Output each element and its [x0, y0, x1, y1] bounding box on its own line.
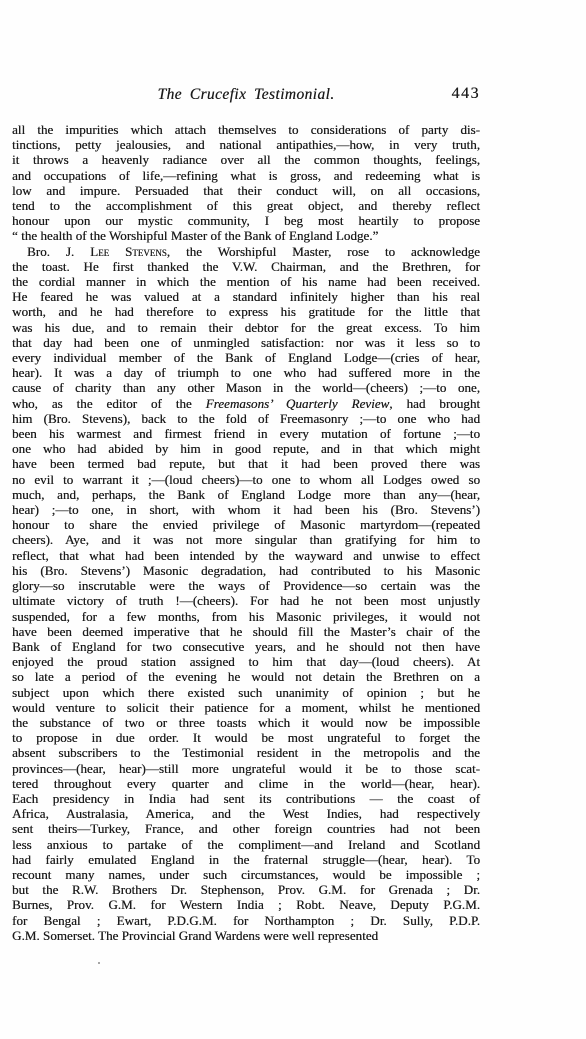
text-run: much, and, perhaps, the Bank of England …	[12, 487, 480, 502]
text-run: ultimate victory of truth !—(cheers). Fo…	[12, 593, 480, 608]
text-line: no evil to warrant it ;—(loud cheers)—to…	[12, 472, 480, 487]
text-run: honour to share the envied privilege of …	[12, 517, 480, 532]
text-line: was his due, and to remain their debtor …	[12, 320, 480, 335]
text-line: He feared he was valued at a standard in…	[12, 289, 480, 304]
text-run: so late a period of the evening he would…	[12, 669, 480, 684]
text-line: reflect, that what had been intended by …	[12, 548, 480, 563]
text-run-smallcaps: Lee Stevens	[90, 244, 167, 259]
text-line: honour upon our mystic community, I beg …	[12, 213, 480, 228]
text-run: glory—so inscrutable were the ways of Pr…	[12, 578, 480, 593]
text-run: , the Worshipful Master, rose to acknowl…	[167, 244, 480, 259]
text-run: hear) ;—to one, in short, with whom it h…	[12, 502, 480, 517]
text-line: so late a period of the evening he would…	[12, 669, 480, 684]
text-run: that day had been one of unmingled satis…	[12, 335, 480, 350]
text-run: would venture to solicit their patience …	[12, 700, 480, 715]
text-run: cause of charity than any other Mason in…	[12, 380, 480, 395]
text-run: low and impure. Persuaded that their con…	[12, 183, 480, 198]
text-line: would venture to solicit their patience …	[12, 700, 480, 715]
text-line: tend to the accomplishment of this great…	[12, 198, 480, 213]
text-run: who, as the editor of the	[12, 396, 206, 411]
text-line: Bank of England for two consecutive year…	[12, 639, 480, 654]
text-run: honour upon our mystic community, I beg …	[12, 213, 480, 228]
text-line: worth, and he had therefore to express h…	[12, 304, 480, 319]
text-line: “ the health of the Worshipful Master of…	[12, 228, 480, 243]
text-line: Bro. J. Lee Stevens, the Worshipful Mast…	[12, 244, 480, 259]
text-run: every individual member of the Bank of E…	[12, 350, 480, 365]
text-line: G.M. Somerset. The Provincial Grand Ward…	[12, 928, 480, 943]
text-run: absent subscribers to the Testimonial re…	[12, 745, 480, 760]
text-line: hear). It was a day of triumph to one wh…	[12, 365, 480, 380]
text-run: tinctions, petty jealousies, and nationa…	[12, 137, 480, 152]
text-line: subject upon which there existed such un…	[12, 685, 480, 700]
text-line: have been termed bad repute, but that it…	[12, 456, 480, 471]
text-run: hear). It was a day of triumph to one wh…	[12, 365, 480, 380]
text-line: him (Bro. Stevens), back to the fold of …	[12, 411, 480, 426]
text-line: tered throughout every quarter and clime…	[12, 776, 480, 791]
text-run: for Bengal ; Ewart, P.D.G.M. for Northam…	[12, 913, 480, 928]
text-line: enjoyed the proud station assigned to hi…	[12, 654, 480, 669]
text-run: the toast. He first thanked the V.W. Cha…	[12, 259, 480, 274]
text-run: less anxious to partake of the complimen…	[12, 837, 480, 852]
text-run: Each presidency in India had sent its co…	[12, 791, 480, 806]
running-head-title: The Crucefix Testimonial.	[12, 86, 480, 104]
text-line: Each presidency in India had sent its co…	[12, 791, 480, 806]
text-run: G.M. Somerset. The Provincial Grand Ward…	[12, 928, 378, 943]
text-line: absent subscribers to the Testimonial re…	[12, 745, 480, 760]
page-header: The Crucefix Testimonial. 443	[12, 86, 480, 108]
text-line: the cordial manner in which the mention …	[12, 274, 480, 289]
text-line: much, and, perhaps, the Bank of England …	[12, 487, 480, 502]
text-line: ultimate victory of truth !—(cheers). Fo…	[12, 593, 480, 608]
text-run: suspended, for a few months, from his Ma…	[12, 609, 480, 624]
text-run: the cordial manner in which the mention …	[12, 274, 480, 289]
text-line: Africa, Australasia, America, and the We…	[12, 806, 480, 821]
text-line: recount many names, under such circumsta…	[12, 867, 480, 882]
text-run: him (Bro. Stevens), back to the fold of …	[12, 411, 480, 426]
text-run: been his warmest and firmest friend in e…	[12, 426, 480, 441]
page-number: 443	[452, 85, 481, 103]
text-run: and occupations of life,—refining what i…	[12, 168, 480, 183]
text-line: the substance of two or three toasts whi…	[12, 715, 480, 730]
paragraph: all the impurities which attach themselv…	[12, 122, 480, 244]
text-run: provinces—(hear, hear)—still more ungrat…	[12, 761, 480, 776]
text-line: all the impurities which attach themselv…	[12, 122, 480, 137]
scan-speck-artifact	[98, 962, 100, 964]
text-run: Burnes, Prov. G.M. for Western India ; R…	[12, 897, 480, 912]
text-run: tered throughout every quarter and clime…	[12, 776, 480, 791]
text-line: the toast. He first thanked the V.W. Cha…	[12, 259, 480, 274]
text-run: cheers). Aye, and it was not more singul…	[12, 532, 480, 547]
text-run: it throws a heavenly radiance over all t…	[12, 152, 480, 167]
text-run: Bank of England for two consecutive year…	[12, 639, 480, 654]
text-line: tinctions, petty jealousies, and nationa…	[12, 137, 480, 152]
text-line: Burnes, Prov. G.M. for Western India ; R…	[12, 897, 480, 912]
text-line: to propose in due order. It would be mos…	[12, 730, 480, 745]
text-line: one who had abided by him in good repute…	[12, 441, 480, 456]
text-run-italic: Freemasons’ Quarterly Review	[206, 396, 390, 411]
text-run: recount many names, under such circumsta…	[12, 867, 480, 882]
text-run: He feared he was valued at a standard in…	[12, 289, 480, 304]
text-run: no evil to warrant it ;—(loud cheers)—to…	[12, 472, 480, 487]
text-line: been his warmest and firmest friend in e…	[12, 426, 480, 441]
page-body: all the impurities which attach themselv…	[12, 122, 480, 943]
text-run: the substance of two or three toasts whi…	[12, 715, 480, 730]
text-line: provinces—(hear, hear)—still more ungrat…	[12, 761, 480, 776]
text-line: cause of charity than any other Mason in…	[12, 380, 480, 395]
text-line: hear) ;—to one, in short, with whom it h…	[12, 502, 480, 517]
text-line: his (Bro. Stevens’) Masonic degradation,…	[12, 563, 480, 578]
text-run: enjoyed the proud station assigned to hi…	[12, 654, 480, 669]
text-line: for Bengal ; Ewart, P.D.G.M. for Northam…	[12, 913, 480, 928]
text-line: had fairly emulated England in the frate…	[12, 852, 480, 867]
text-run: all the impurities which attach themselv…	[12, 122, 480, 137]
text-run: tend to the accomplishment of this great…	[12, 198, 480, 213]
text-run: had fairly emulated England in the frate…	[12, 852, 480, 867]
page: The Crucefix Testimonial. 443 all the im…	[0, 0, 586, 1039]
text-line: and occupations of life,—refining what i…	[12, 168, 480, 183]
text-run: one who had abided by him in good repute…	[12, 441, 480, 456]
text-line: glory—so inscrutable were the ways of Pr…	[12, 578, 480, 593]
text-run: sent theirs—Turkey, France, and other fo…	[12, 821, 480, 836]
text-run: to propose in due order. It would be mos…	[12, 730, 480, 745]
text-line: that day had been one of unmingled satis…	[12, 335, 480, 350]
text-run: , had brought	[389, 396, 480, 411]
text-line: cheers). Aye, and it was not more singul…	[12, 532, 480, 547]
text-run: his (Bro. Stevens’) Masonic degradation,…	[12, 563, 480, 578]
text-run: Africa, Australasia, America, and the We…	[12, 806, 480, 821]
text-line: honour to share the envied privilege of …	[12, 517, 480, 532]
text-run: worth, and he had therefore to express h…	[12, 304, 480, 319]
text-run: was his due, and to remain their debtor …	[12, 320, 480, 335]
text-line: but the R.W. Brothers Dr. Stephenson, Pr…	[12, 882, 480, 897]
text-run: but the R.W. Brothers Dr. Stephenson, Pr…	[12, 882, 480, 897]
text-line: sent theirs—Turkey, France, and other fo…	[12, 821, 480, 836]
text-line: every individual member of the Bank of E…	[12, 350, 480, 365]
text-line: less anxious to partake of the complimen…	[12, 837, 480, 852]
text-line: suspended, for a few months, from his Ma…	[12, 609, 480, 624]
text-line: it throws a heavenly radiance over all t…	[12, 152, 480, 167]
text-run: “ the health of the Worshipful Master of…	[12, 228, 378, 243]
text-line: low and impure. Persuaded that their con…	[12, 183, 480, 198]
text-run: have been termed bad repute, but that it…	[12, 456, 480, 471]
text-run: have been deemed imperative that he shou…	[12, 624, 480, 639]
text-run: subject upon which there existed such un…	[12, 685, 480, 700]
text-run: Bro. J.	[27, 244, 90, 259]
text-line: who, as the editor of the Freemasons’ Qu…	[12, 396, 480, 411]
paragraph: Bro. J. Lee Stevens, the Worshipful Mast…	[12, 244, 480, 943]
text-run: reflect, that what had been intended by …	[12, 548, 480, 563]
text-line: have been deemed imperative that he shou…	[12, 624, 480, 639]
